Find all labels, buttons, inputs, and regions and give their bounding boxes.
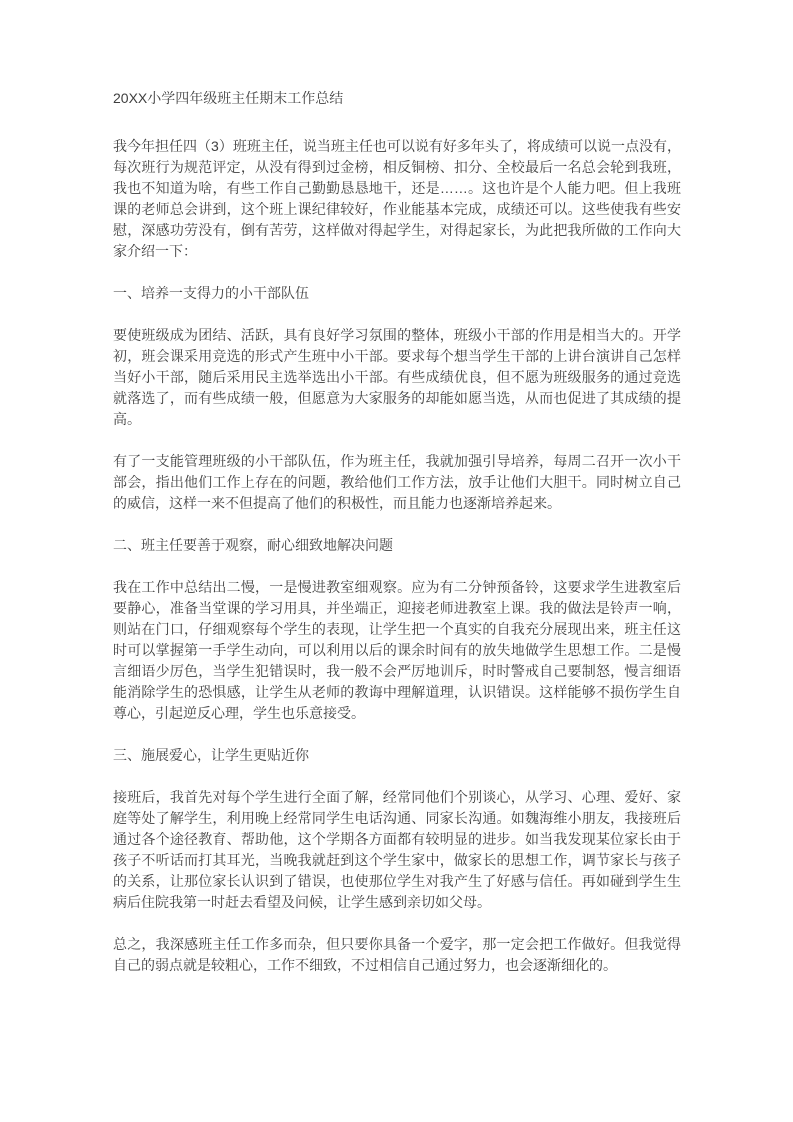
document-title: 20XX小学四年级班主任期末工作总结 (113, 88, 681, 109)
paragraph-section1-a: 要使班级成为团结、活跃，具有良好学习氛围的整体，班级小干部的作用是相当大的。开学… (113, 325, 681, 430)
section-heading-2: 二、班主任要善于观察，耐心细致地解决问题 (113, 535, 681, 556)
paragraph-intro: 我今年担任四（3）班班主任，说当班主任也可以说有好多年头了，将成绩可以说一点没有… (113, 136, 681, 262)
paragraph-conclusion: 总之，我深感班主任工作多而杂，但只要你具备一个爱字，那一定会把工作做好。但我觉得… (113, 934, 681, 976)
paragraph-section1-b: 有了一支能管理班级的小干部队伍，作为班主任，我就加强引导培养，每周二召开一次小干… (113, 451, 681, 514)
section-heading-1: 一、培养一支得力的小干部队伍 (113, 283, 681, 304)
document-page: 20XX小学四年级班主任期末工作总结 我今年担任四（3）班班主任，说当班主任也可… (0, 0, 793, 1122)
section-heading-3: 三、施展爱心，让学生更贴近你 (113, 745, 681, 766)
paragraph-section3: 接班后，我首先对每个学生进行全面了解，经常同他们个别谈心，从学习、心理、爱好、家… (113, 787, 681, 913)
paragraph-section2: 我在工作中总结出二慢，一是慢进教室细观察。应为有二分钟预备铃，这要求学生进教室后… (113, 577, 681, 724)
